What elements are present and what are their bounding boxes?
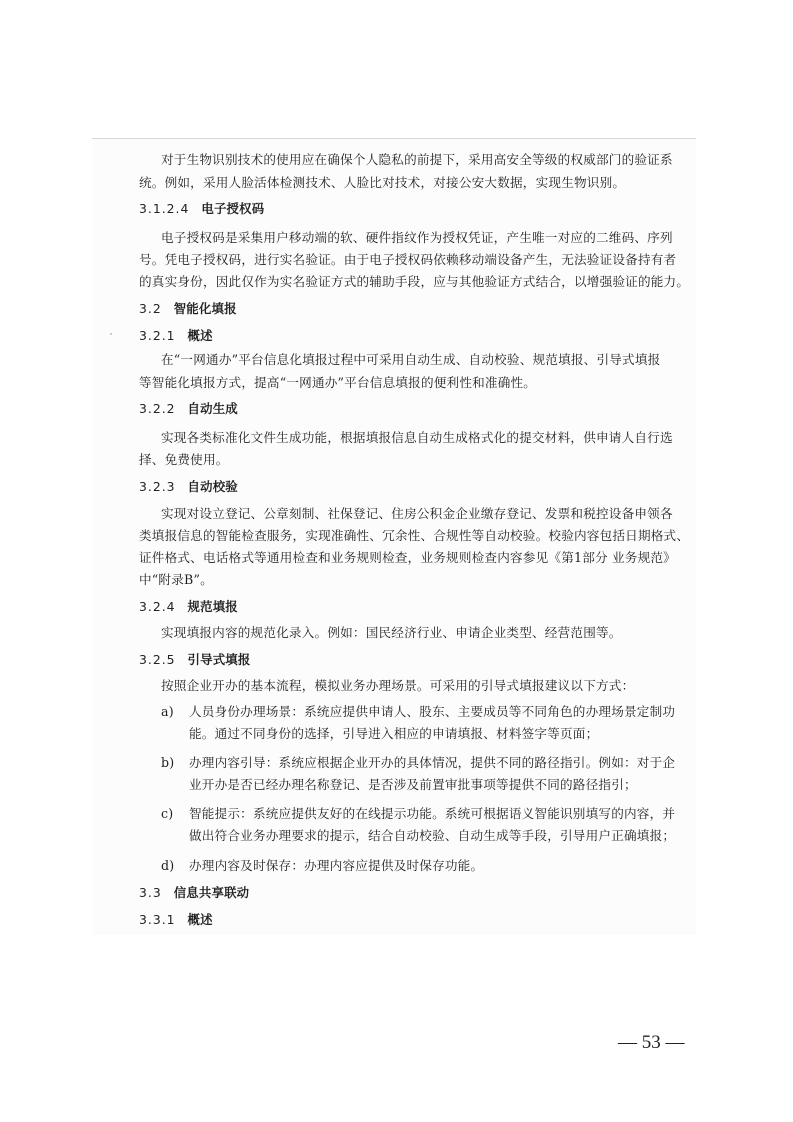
heading-title: 电子授权码: [201, 201, 264, 216]
paragraph-line: 在“一网通办”平台信息化填报过程中可采用自动生成、自动校验、规范填报、引导式填报: [161, 349, 660, 371]
heading-number: 3.3.1: [139, 909, 176, 931]
paragraph-line: 实现各类标准化文件生成功能，根据填报信息自动生成格式化的提交材料，供申请人自行选: [161, 427, 673, 449]
list-marker: b): [161, 752, 174, 774]
paragraph-line: 统。例如，采用人脸活体检测技术、人脸比对技术，对接公安大数据，实现生物识别。: [139, 172, 625, 194]
heading-3-3-1: 3.3.1概述: [139, 909, 213, 931]
list-item-text: 办理内容及时保存：办理内容应提供及时保存功能。: [189, 855, 483, 877]
list-item-text: 人员身份办理场景：系统应提供申请人、股东、主要成员等不同角色的办理场景定制功: [189, 701, 675, 723]
heading-title: 引导式填报: [188, 652, 251, 667]
heading-title: 信息共享联动: [174, 885, 250, 900]
paragraph-line: 按照企业开办的基本流程，模拟业务办理场景。可采用的引导式填报建议以下方式：: [161, 675, 634, 697]
heading-number: 3.3: [139, 882, 162, 904]
heading-3-3: 3.3信息共享联动: [139, 882, 249, 904]
list-item-text: 智能提示：系统应提供友好的在线提示功能。系统可根据语义智能识别填写的内容，并: [189, 803, 675, 825]
paragraph-line: 中“附录B”。: [139, 569, 213, 591]
page-number: — 53 —: [618, 1032, 685, 1054]
list-marker: a): [161, 701, 174, 723]
list-marker: d): [161, 855, 174, 877]
paragraph-line: 类填报信息的智能检查服务，实现准确性、冗余性、合规性等自动校验。校验内容包括日期…: [139, 525, 689, 547]
heading-title: 规范填报: [188, 599, 238, 614]
heading-title: 智能化填报: [174, 301, 237, 316]
heading-title: 概述: [188, 328, 213, 343]
paragraph-line: 证件格式、电话格式等通用检查和业务规则检查，业务规则检查内容参见《第1部分 业务…: [139, 547, 676, 569]
heading-3-2-5: 3.2.5引导式填报: [139, 649, 250, 671]
heading-3-2: 3.2智能化填报: [139, 298, 237, 320]
list-item-text: 办理内容引导：系统应根据企业开办的具体情况，提供不同的路径指引。例如：对于企: [189, 752, 675, 774]
heading-3-2-3: 3.2.3自动校验: [139, 476, 238, 498]
paragraph-line: 择、免费使用。: [139, 449, 229, 471]
heading-number: 3.2.5: [139, 649, 176, 671]
paragraph-line: 等智能化填报方式，提高“一网通办”平台信息填报的便利性和准确性。: [139, 372, 536, 394]
heading-number: 3.2.2: [139, 398, 176, 420]
heading-number: 3.1.2.4: [139, 198, 189, 220]
heading-number: 3.2.3: [139, 476, 176, 498]
heading-number: 3.2.1: [139, 325, 176, 347]
paragraph-line: 号。凭电子授权码，进行实名验证。由于电子授权码依赖移动端设备产生，无法验证设备持…: [139, 249, 676, 271]
paragraph-line: 的真实身份，因此仅作为实名验证方式的辅助手段，应与其他验证方式结合，以增强验证的…: [139, 271, 689, 293]
heading-number: 3.2: [139, 298, 162, 320]
list-item-text: 做出符合业务办理要求的提示，结合自动校验、自动生成等手段，引导用户正确填报；: [189, 825, 675, 847]
list-item-text: 能。通过不同身份的选择，引导进入相应的申请填报、材料签字等页面；: [189, 723, 598, 745]
heading-number: 3.2.4: [139, 596, 176, 618]
list-item-text: 业开办是否已经办理名称登记、是否涉及前置审批事项等提供不同的路径指引；: [189, 774, 637, 796]
paragraph-line: 实现填报内容的规范化录入。例如：国民经济行业、申请企业类型、经营范围等。: [161, 622, 622, 644]
heading-title: 概述: [188, 912, 213, 927]
paragraph-line: 对于生物识别技术的使用应在确保个人隐私的前提下，采用高安全等级的权威部门的验证系: [161, 149, 673, 171]
heading-title: 自动生成: [188, 401, 238, 416]
heading-3-2-2: 3.2.2自动生成: [139, 398, 238, 420]
heading-3-2-4: 3.2.4规范填报: [139, 596, 238, 618]
scan-speck: [110, 333, 112, 335]
list-marker: c): [161, 803, 173, 825]
heading-3-2-1: 3.2.1概述: [139, 325, 213, 347]
paragraph-line: 实现对设立登记、公章刻制、社保登记、住房公积金企业缴存登记、发票和税控设备申领各: [161, 503, 673, 525]
heading-3-1-2-4: 3.1.2.4电子授权码: [139, 198, 264, 220]
heading-title: 自动校验: [188, 479, 238, 494]
paragraph-line: 电子授权码是采集用户移动端的软、硬件指纹作为授权凭证，产生唯一对应的二维码、序列: [161, 227, 673, 249]
